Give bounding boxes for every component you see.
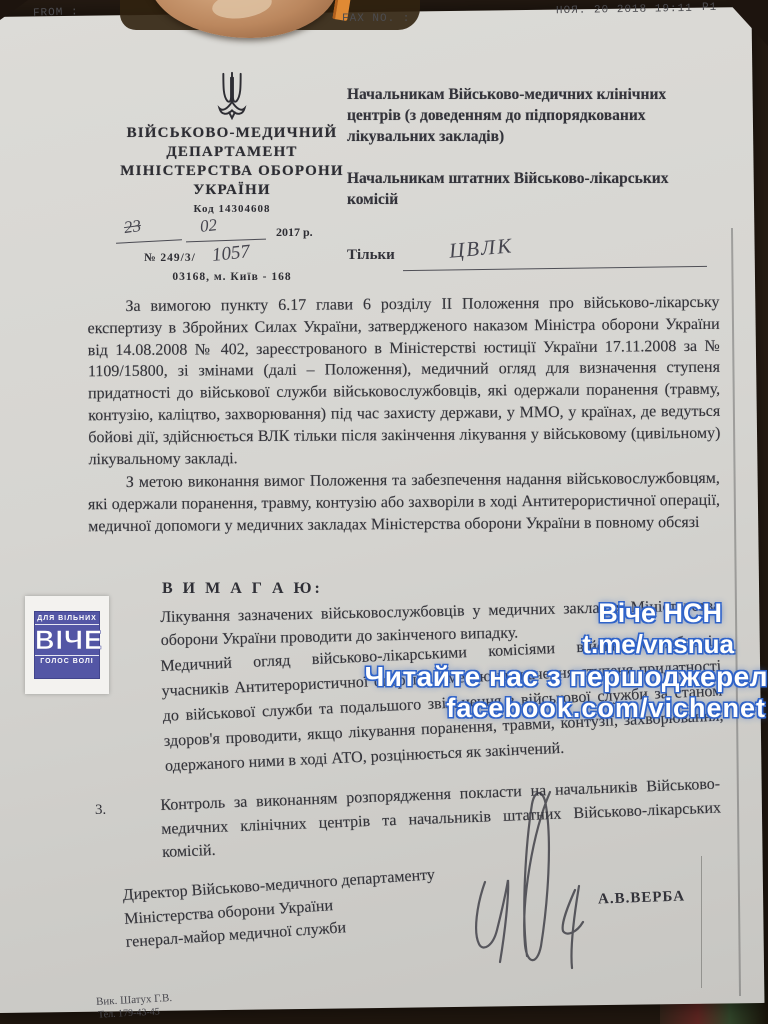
number-prefix: № 249/3/ bbox=[144, 252, 196, 264]
date-underline bbox=[186, 239, 266, 243]
logo-bottom-text: ГОЛОС ВОЛІ bbox=[35, 655, 99, 665]
year-label: 2017 р. bbox=[276, 225, 313, 240]
org-code: Код 14304608 bbox=[116, 203, 348, 215]
viche-logo-watermark: ДЛЯ ВІЛЬНИХ ВІЧЕ ГОЛОС ВОЛІ bbox=[25, 596, 109, 694]
fax-page-number: P1 bbox=[702, 2, 717, 14]
handwritten-day: 23 bbox=[123, 216, 143, 238]
body-paragraph-2: З метою виконання вимог Положення та заб… bbox=[88, 468, 720, 538]
watermark-telegram-link: t.me/vnsnua bbox=[582, 629, 734, 660]
watermark-channel-name: Віче НСН bbox=[598, 598, 722, 629]
demand-heading: В И М А Г А Ю: bbox=[162, 580, 323, 598]
letterhead: ВІЙСЬКОВО-МЕДИЧНИЙ ДЕПАРТАМЕНТ МІНІСТЕРС… bbox=[116, 70, 348, 283]
org-name-line: МІНІСТЕРСТВА ОБОРОНИ bbox=[116, 162, 348, 181]
viche-logo-box: ДЛЯ ВІЛЬНИХ ВІЧЕ ГОЛОС ВОЛІ bbox=[34, 611, 100, 679]
fax-number-label: FAX NO. : bbox=[342, 13, 410, 25]
fax-photo-stage: FROM : FAX NO. : НОЯ. 20 2018 19:11 P1 В… bbox=[0, 0, 768, 1024]
signature-scribble bbox=[455, 780, 605, 980]
date-underline bbox=[116, 239, 182, 243]
handwritten-month: 02 bbox=[199, 215, 218, 237]
handwritten-only-value: ЦВЛК bbox=[448, 233, 514, 263]
only-underline bbox=[403, 266, 707, 271]
addressee-second: Начальникам штатних Військово-лікарських… bbox=[347, 168, 681, 210]
watermark-facebook-link: facebook.com/vichenet bbox=[446, 693, 766, 724]
logo-top-text: ДЛЯ ВІЛЬНИХ bbox=[35, 615, 99, 625]
addressee-first: Начальникам Військово-медичних клінічних… bbox=[347, 84, 681, 147]
executor-phone: Тел. 179-43-45 bbox=[98, 1006, 160, 1020]
handwritten-number: 1057 bbox=[211, 241, 251, 267]
signatory-name: А.В.ВЕРБА bbox=[598, 888, 686, 908]
fax-datetime: НОЯ. 20 2018 19:11 bbox=[556, 3, 693, 17]
trident-emblem-icon bbox=[214, 70, 250, 120]
org-name-line: УКРАЇНИ bbox=[116, 181, 348, 200]
only-row: Тільки ЦВЛК bbox=[347, 246, 679, 272]
watermark-slogan: Читайте нас з першоджерел bbox=[365, 661, 768, 693]
org-name-line: ВІЙСЬКОВО-МЕДИЧНИЙ bbox=[116, 124, 348, 143]
only-label: Тільки bbox=[347, 247, 395, 263]
org-name-line: ДЕПАРТАМЕНТ bbox=[116, 143, 348, 162]
list-item-number: 3. bbox=[95, 802, 106, 819]
outgoing-number-line: № 249/3/ 1057 bbox=[116, 247, 348, 271]
logo-main-text: ВІЧЕ bbox=[35, 625, 99, 655]
body-paragraph-1: За вимогою пункту 6.17 глави 6 розділу I… bbox=[87, 292, 720, 471]
fax-from-label: FROM : bbox=[33, 6, 79, 20]
paper-crease bbox=[701, 856, 702, 988]
city-line: 03168, м. Київ - 168 bbox=[116, 271, 348, 283]
